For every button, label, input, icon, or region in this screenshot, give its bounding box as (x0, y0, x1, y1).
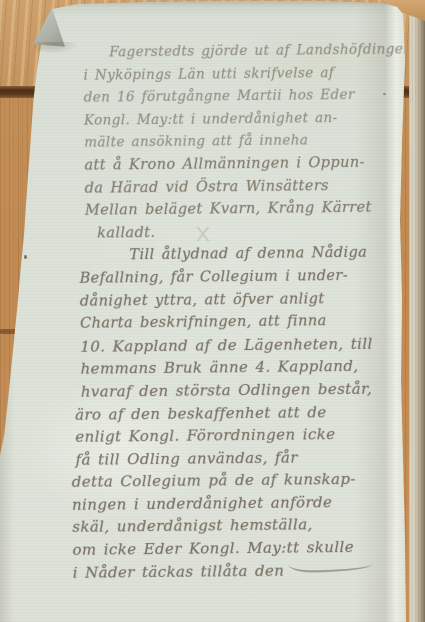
book-page-edges (409, 0, 425, 622)
manuscript-page: Fagerstedts gjörde ut af Landshöfdingen … (0, 0, 425, 622)
photo-of-manuscript: Fagerstedts gjörde ut af Landshöfdingen … (0, 0, 425, 622)
manuscript-line: da Härad vid Östra Winsätters (85, 174, 411, 200)
ink-speck (383, 93, 386, 95)
manuscript-line: Till åtlydnad af denna Nådiga (129, 242, 411, 268)
folded-corner-shadow (34, 42, 78, 54)
ink-speck (24, 255, 27, 259)
handwritten-text-block: Fagerstedts gjörde ut af Landshöfdingen … (83, 38, 415, 584)
manuscript-line: i Nåder täckas tillåta den (73, 558, 399, 584)
manuscript-line: kalladt. (97, 219, 411, 245)
pencil-cross-mark (195, 226, 211, 242)
manuscript-line: Mellan beläget Kvarn, Krång Kärret (85, 196, 411, 222)
manuscript-line: Fagerstedts gjörde ut af Landshöfdingen (109, 38, 409, 64)
